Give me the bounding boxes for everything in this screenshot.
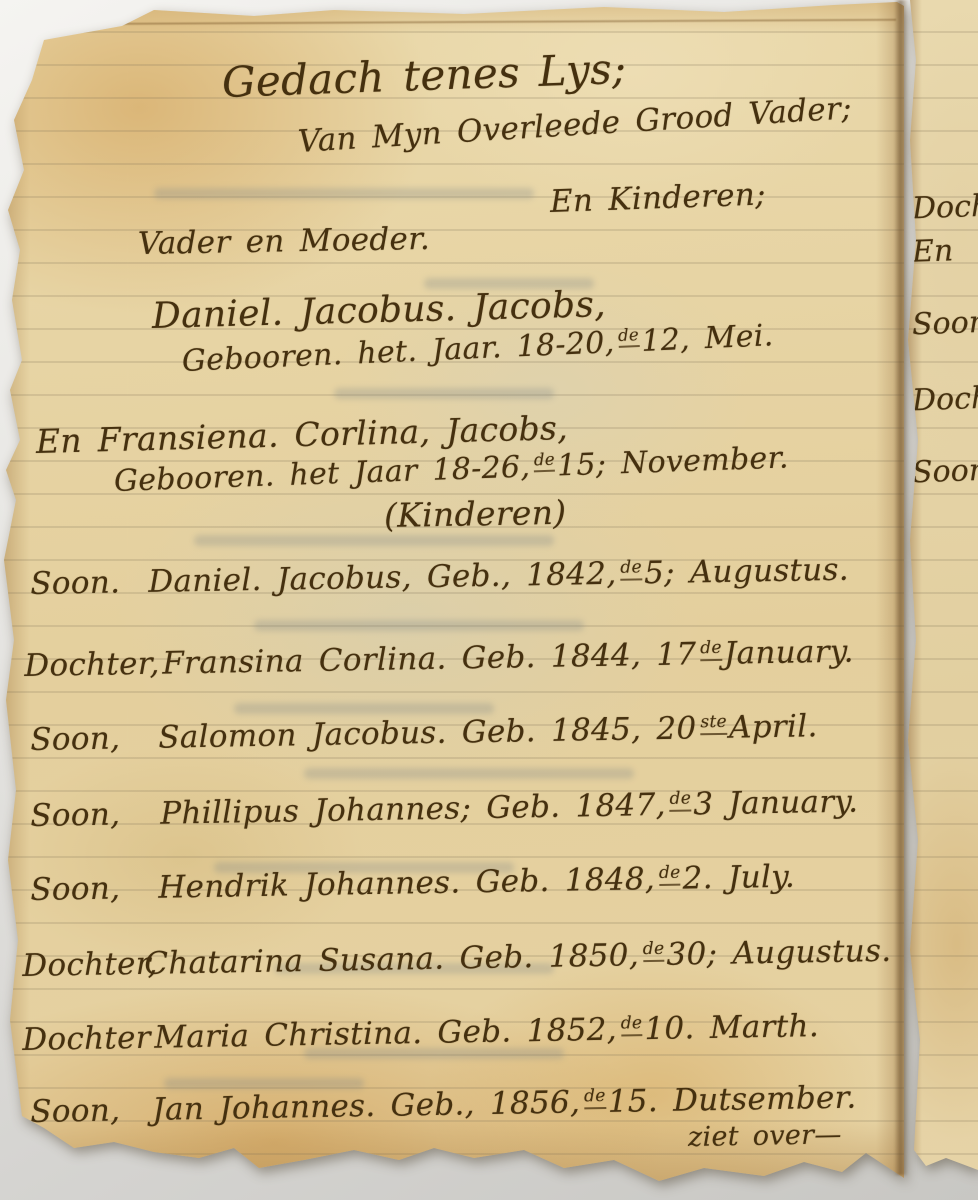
right-page-partial-word: Soon — [911, 453, 978, 491]
right-page-partial-word: Soon — [911, 305, 978, 343]
right-page-partial-word: Doch — [911, 189, 978, 227]
right-page-partial-word: En — [911, 233, 953, 269]
ruled-lines — [906, 0, 978, 1180]
right-page-partial-word: Doch — [911, 381, 978, 419]
photo-of-manuscript: Gedach tenes Lys; Van Myn Overleede Groo… — [0, 0, 978, 1200]
manuscript-right-page-edge: Doch En Soon Doch Soon — [906, 0, 978, 1180]
right-page-wrap: Doch En Soon Doch Soon — [0, 0, 978, 1200]
